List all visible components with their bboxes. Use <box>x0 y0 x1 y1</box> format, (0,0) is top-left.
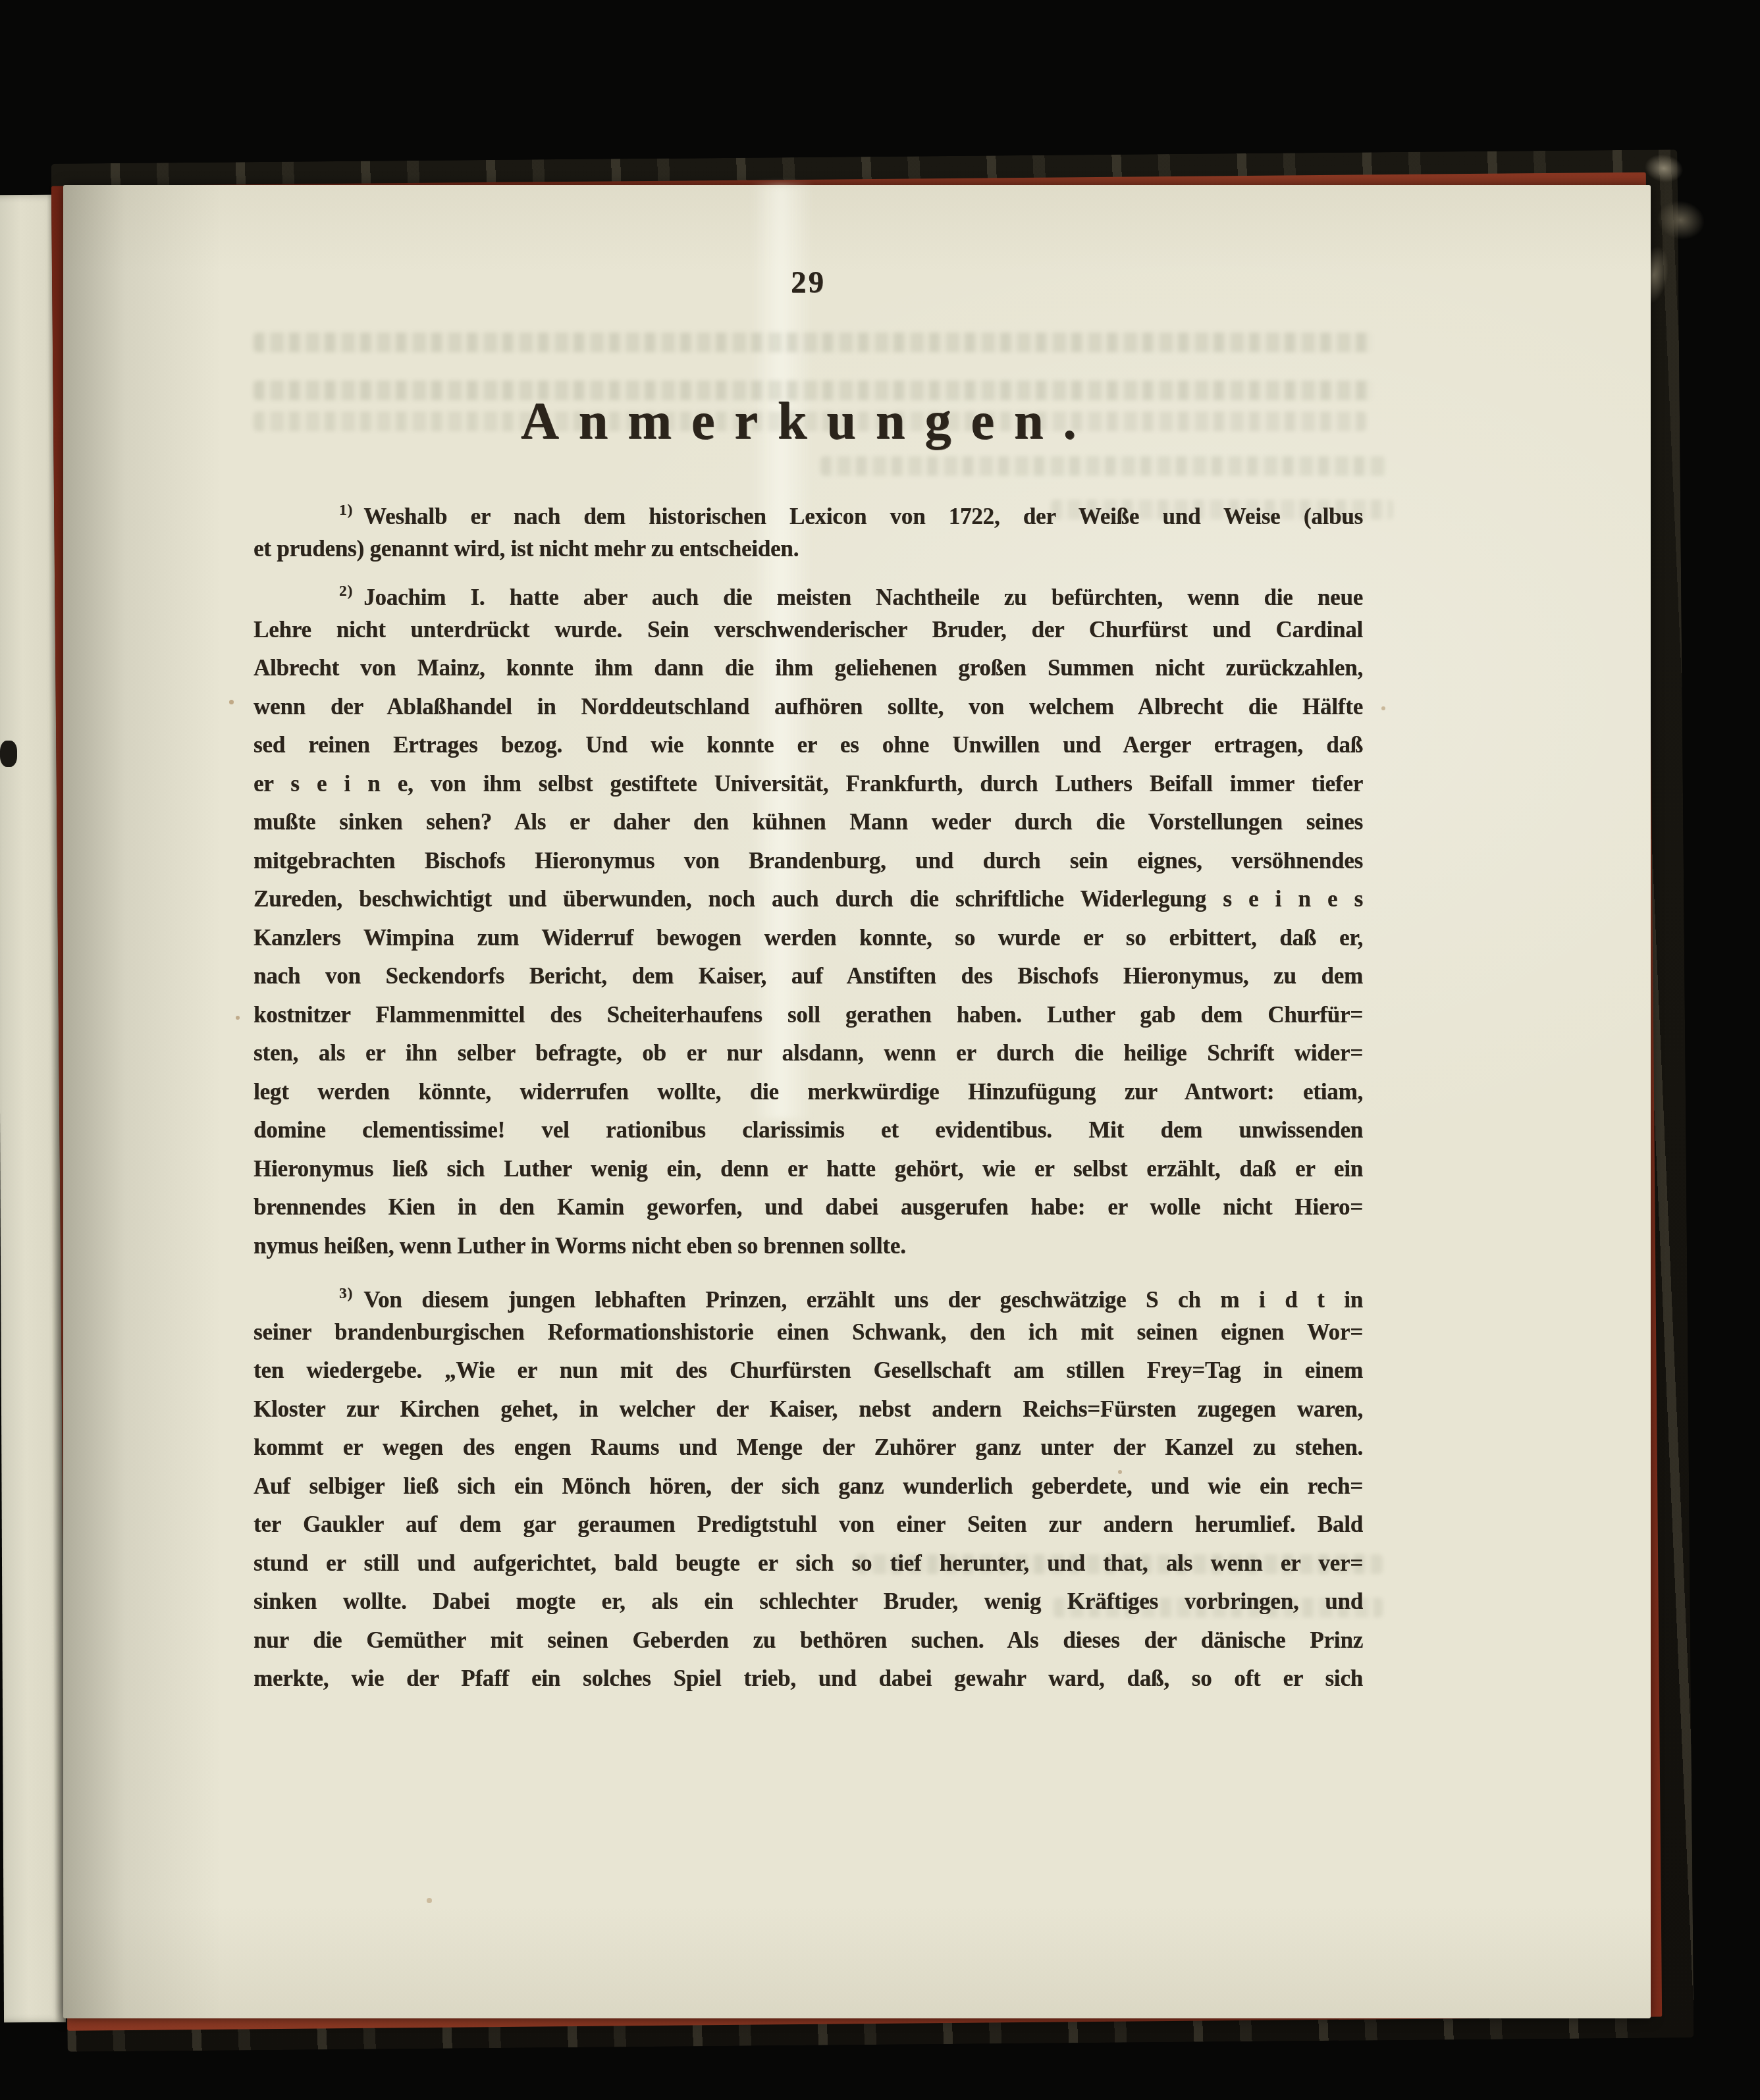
text-line: legt werden könnte, widerrufen wollte, d… <box>253 1073 1363 1112</box>
text-line: Albrecht von Mainz, konnte ihm dann die … <box>253 649 1363 688</box>
foxing-speck <box>1381 706 1385 710</box>
text-line: er s e i n e, von ihm selbst gestiftete … <box>253 765 1363 804</box>
text-line: Auf selbiger ließ sich ein Mönch hören, … <box>253 1467 1363 1506</box>
foxing-speck <box>229 700 234 704</box>
text-line: kommt er wegen des engen Raums und Menge… <box>253 1429 1363 1467</box>
text-line: mitgebrachten Bischofs Hieronymus von Br… <box>253 842 1363 881</box>
footnote-marker: 1) <box>339 502 363 518</box>
text-line: ter Gaukler auf dem gar geraumen Predigt… <box>253 1506 1363 1544</box>
text-line: stund er still und aufgerichtet, bald be… <box>253 1544 1363 1583</box>
footnote-2: 2)Joachim I. hatte aber auch die meisten… <box>253 572 1363 1265</box>
text-line: Zureden, beschwichtigt und überwunden, n… <box>253 880 1363 919</box>
text-line: merkte, wie der Pfaff ein solches Spiel … <box>253 1660 1363 1698</box>
text-column: 29 Anmerkungen. 1)Weshalb er nach dem hi… <box>253 185 1363 2018</box>
text-line: brennendes Kien in den Kamin geworfen, u… <box>253 1188 1363 1227</box>
page-number: 29 <box>253 263 1363 302</box>
text-line: Hieronymus ließ sich Luther wenig ein, d… <box>253 1150 1363 1189</box>
footnote-marker: 2) <box>339 583 363 599</box>
text-line: kostnitzer Flammenmittel des Scheiterhau… <box>253 996 1363 1035</box>
text-line: sten, als er ihn selber befragte, ob er … <box>253 1034 1363 1073</box>
text-line: domine clementissime! vel rationibus cla… <box>253 1111 1363 1150</box>
text-line: Lehre nicht unterdrückt wurde. Sein vers… <box>253 611 1363 650</box>
text-line: sed reinen Ertrages bezog. Und wie konnt… <box>253 726 1363 765</box>
book-page: 29 Anmerkungen. 1)Weshalb er nach dem hi… <box>63 185 1651 2018</box>
text-line: seiner brandenburgischen Reformationshis… <box>253 1313 1363 1352</box>
text-line: ten wiedergebe. „Wie er nun mit des Chur… <box>253 1352 1363 1390</box>
text-line: sinken wollte. Dabei mogte er, als ein s… <box>253 1583 1363 1621</box>
text-run: Joachim I. hatte aber auch die meisten N… <box>363 585 1363 610</box>
text-line: 2)Joachim I. hatte aber auch die meisten… <box>253 572 1363 611</box>
page-heading: Anmerkungen. <box>253 384 1363 458</box>
text-line: 1)Weshalb er nach dem historischen Lexic… <box>253 491 1363 530</box>
text-line: et prudens) genannt wird, ist nicht mehr… <box>253 530 1363 569</box>
text-line: Kloster zur Kirchen gehet, in welcher de… <box>253 1390 1363 1429</box>
footnote-1: 1)Weshalb er nach dem historischen Lexic… <box>253 491 1363 568</box>
text-line: wenn der Ablaßhandel in Norddeutschland … <box>253 688 1363 727</box>
text-line: mußte sinken sehen? Als er daher den küh… <box>253 803 1363 842</box>
foxing-speck <box>236 1016 240 1020</box>
text-line: 3)Von diesem jungen lebhaften Prinzen, e… <box>253 1274 1363 1313</box>
footnote-3: 3)Von diesem jungen lebhaften Prinzen, e… <box>253 1274 1363 1698</box>
text-line: nymus heißen, wenn Luther in Worms nicht… <box>253 1227 1363 1266</box>
text-run: Weshalb er nach dem historischen Lexicon… <box>363 504 1363 529</box>
text-line: nur die Gemüther mit seinen Geberden zu … <box>253 1621 1363 1660</box>
footnote-marker: 3) <box>339 1285 363 1301</box>
text-run: Von diesem jungen lebhaften Prinzen, erz… <box>363 1287 1363 1313</box>
ink-mark <box>0 741 17 767</box>
text-line: nach von Seckendorfs Bericht, dem Kaiser… <box>253 957 1363 996</box>
text-line: Kanzlers Wimpina zum Widerruf bewogen we… <box>253 919 1363 958</box>
scan-background: 29 Anmerkungen. 1)Weshalb er nach dem hi… <box>0 0 1760 2100</box>
